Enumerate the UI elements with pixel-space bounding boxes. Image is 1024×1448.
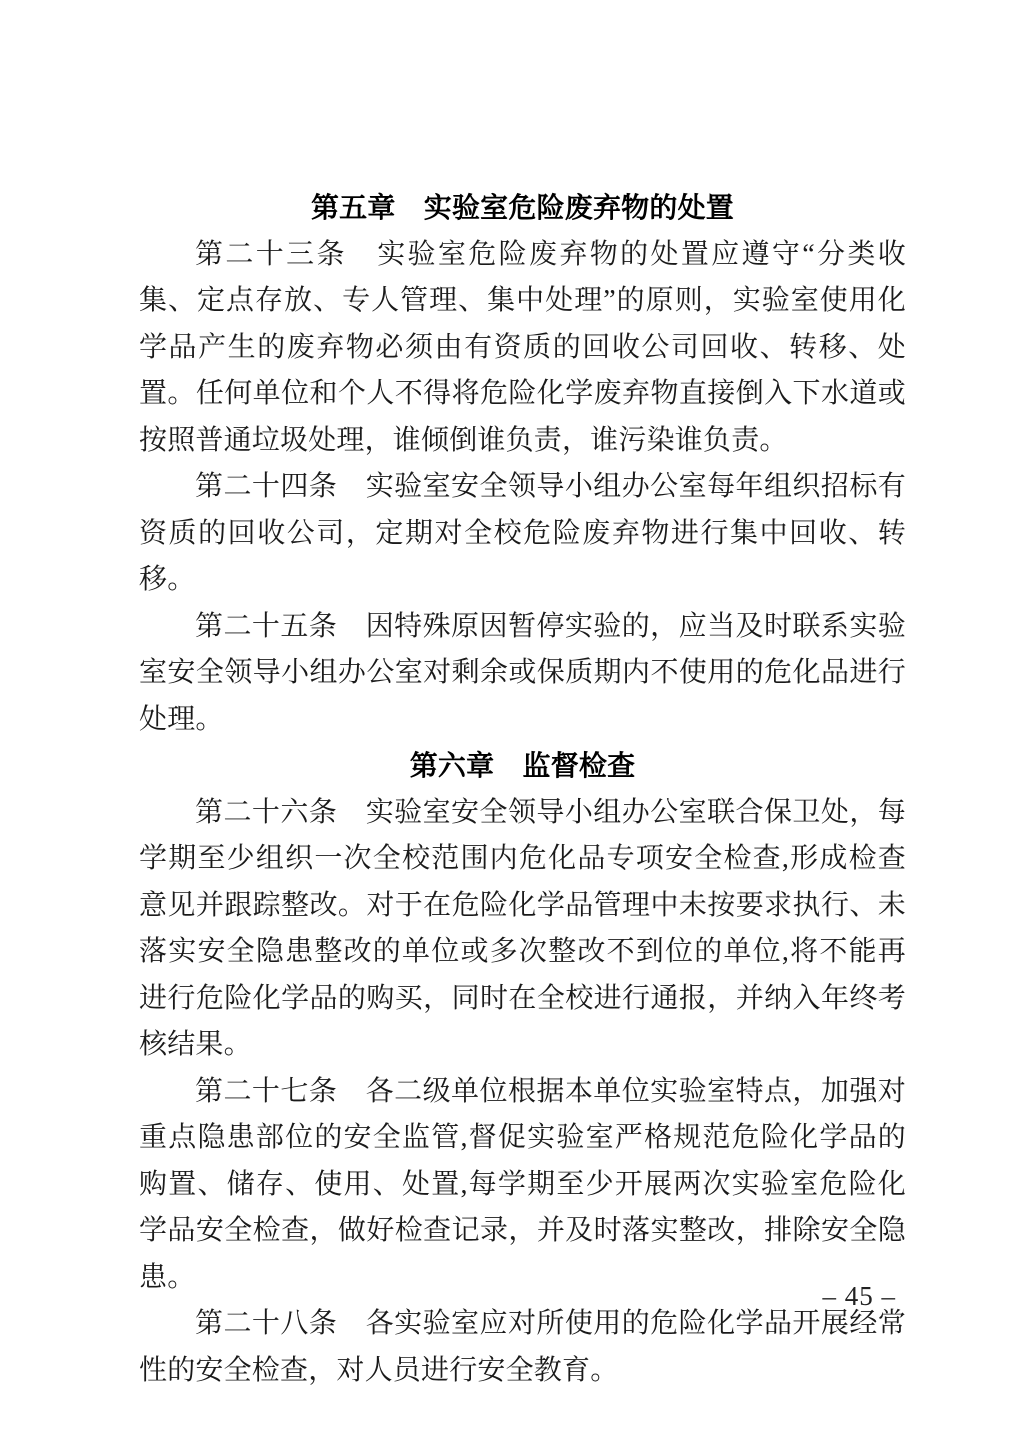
chapter-heading: 第五章 实验室危险废弃物的处置 (139, 185, 906, 232)
article-number: 第二十八条 (195, 1308, 337, 1339)
chapter-heading: 第六章 监督检查 (139, 743, 906, 790)
article-number: 第二十三条 (195, 239, 347, 270)
article-paragraph: 第二十八条 各实验室应对所使用的危险化学品开展经常性的安全检查，对人员进行安全教… (139, 1301, 906, 1394)
page-number-label: – 45 – (823, 1281, 897, 1311)
article-paragraph: 第二十七条 各二级单位根据本单位实验室特点，加强对重点隐患部位的安全监管,督促实… (139, 1069, 906, 1302)
article-paragraph: 第二十六条 实验室安全领导小组办公室联合保卫处，每学期至少组织一次全校范围内危化… (139, 790, 906, 1069)
page-number: – 45 – (823, 1279, 897, 1313)
article-number: 第二十四条 (195, 471, 337, 502)
document-page: 第五章 实验室危险废弃物的处置第二十三条 实验室危险废弃物的处置应遵守“分类收集… (0, 0, 1024, 1448)
article-paragraph: 第二十五条 因特殊原因暂停实验的，应当及时联系实验室安全领导小组办公室对剩余或保… (139, 604, 906, 744)
article-number: 第二十五条 (195, 611, 337, 642)
article-number: 第二十七条 (195, 1076, 337, 1107)
article-paragraph: 第二十三条 实验室危险废弃物的处置应遵守“分类收集、定点存放、专人管理、集中处理… (139, 232, 906, 465)
article-paragraph: 第二十四条 实验室安全领导小组办公室每年组织招标有资质的回收公司，定期对全校危险… (139, 464, 906, 604)
article-number: 第二十六条 (195, 797, 337, 828)
document-body: 第五章 实验室危险废弃物的处置第二十三条 实验室危险废弃物的处置应遵守“分类收集… (139, 185, 906, 1394)
